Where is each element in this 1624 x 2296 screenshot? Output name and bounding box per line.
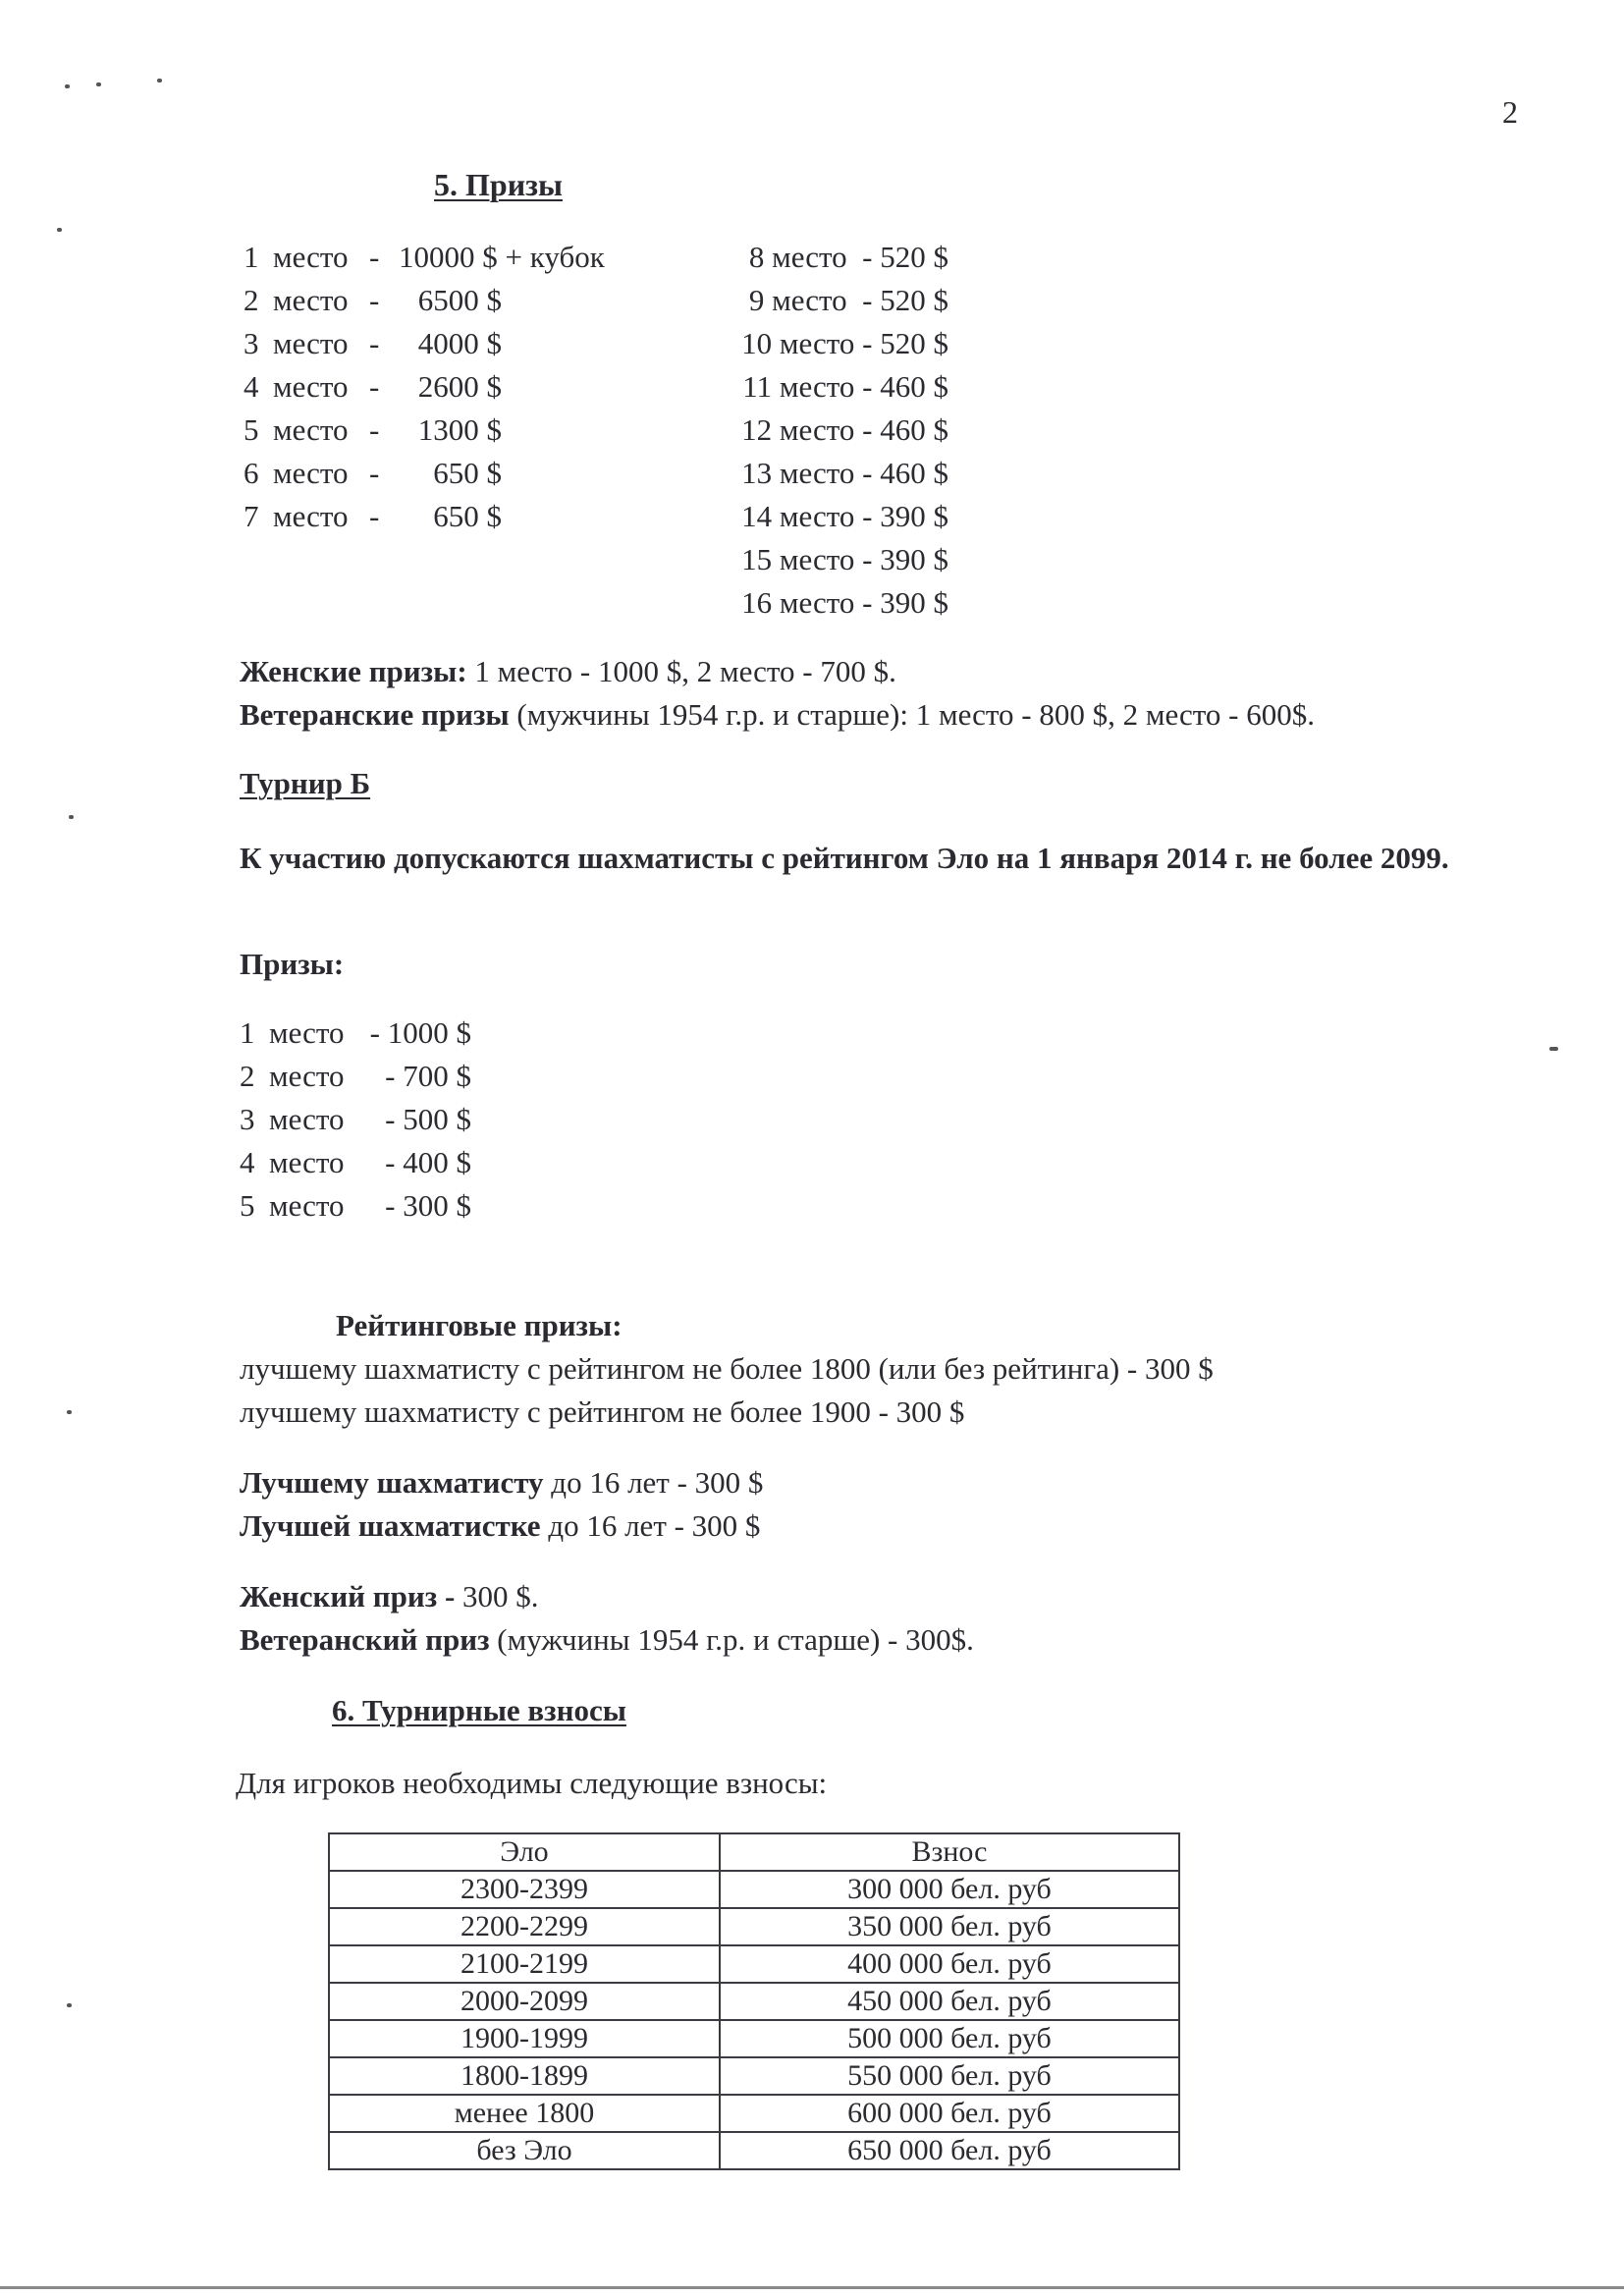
women-prize-b-label: Женский приз - bbox=[240, 1579, 455, 1613]
table-row: 2200-2299350 000 бел. руб bbox=[329, 1908, 1179, 1945]
prize-row: 5место- 300 $ bbox=[240, 1190, 471, 1221]
fee-cell: 450 000 бел. руб bbox=[720, 1983, 1179, 2020]
rating-prizes-title: Рейтинговые призы: bbox=[336, 1310, 623, 1340]
place-number: 7 bbox=[244, 501, 273, 531]
table-row: без Эло650 000 бел. руб bbox=[329, 2132, 1179, 2169]
prize-row: 7место-650 $ bbox=[244, 501, 502, 531]
table-row: 2300-2399300 000 бел. руб bbox=[329, 1871, 1179, 1908]
place-label: место bbox=[273, 458, 369, 488]
fee-cell: 500 000 бел. руб bbox=[720, 2020, 1179, 2057]
prize-amount: 10000 $ + кубок bbox=[399, 242, 605, 272]
youth-prize-boy-text: до 16 лет - 300 $ bbox=[544, 1465, 764, 1500]
scan-mark bbox=[1549, 1047, 1558, 1051]
page-bottom-edge bbox=[0, 2286, 1624, 2289]
scan-mark bbox=[69, 815, 74, 819]
prize-amount: 650 $ bbox=[399, 501, 502, 531]
prize-amount: 6500 $ bbox=[399, 285, 502, 315]
header-fee: Взнос bbox=[720, 1833, 1179, 1871]
prize-text: 14 место - 390 $ bbox=[741, 499, 948, 533]
prize-text: 16 место - 390 $ bbox=[741, 585, 948, 620]
fee-cell: 400 000 бел. руб bbox=[720, 1945, 1179, 1983]
place-number: 2 bbox=[244, 285, 273, 315]
place-label: место bbox=[269, 1017, 365, 1048]
elo-cell: 2300-2399 bbox=[329, 1871, 720, 1908]
prize-text: 13 место - 460 $ bbox=[741, 456, 948, 490]
place-number: 5 bbox=[244, 414, 273, 445]
prize-row: 1место- 1000 $ bbox=[240, 1017, 471, 1048]
women-prize-b: Женский приз - 300 $. bbox=[240, 1581, 539, 1612]
rating-prize-1900: лучшему шахматисту с рейтингом не более … bbox=[240, 1396, 964, 1427]
place-number: 1 bbox=[240, 1017, 269, 1048]
table-row: 1800-1899550 000 бел. руб bbox=[329, 2057, 1179, 2095]
place-label: место bbox=[269, 1190, 365, 1221]
prize-row: 8 место - 520 $ bbox=[749, 242, 948, 272]
youth-prize-girl-text: до 16 лет - 300 $ bbox=[541, 1508, 761, 1543]
elo-cell: 2000-2099 bbox=[329, 1983, 720, 2020]
prize-amount: - 1000 $ bbox=[365, 1017, 471, 1048]
youth-prize-boy-label: Лучшему шахматисту bbox=[240, 1465, 544, 1500]
table-row: менее 1800600 000 бел. руб bbox=[329, 2095, 1179, 2132]
prize-row: 1место-10000 $ + кубок bbox=[244, 242, 605, 272]
table-row: 2000-2099450 000 бел. руб bbox=[329, 1983, 1179, 2020]
place-number: 4 bbox=[244, 371, 273, 402]
veteran-prizes: Ветеранские призы (мужчины 1954 г.р. и с… bbox=[240, 699, 1315, 730]
tournament-b-prizes-title: Призы: bbox=[240, 949, 344, 979]
place-number: 3 bbox=[240, 1104, 269, 1134]
prize-row: 3место- 500 $ bbox=[240, 1104, 471, 1134]
scan-mark bbox=[157, 79, 162, 82]
elo-cell: менее 1800 bbox=[329, 2095, 720, 2132]
fees-table-header: Эло Взнос bbox=[329, 1833, 1179, 1871]
tournament-b-title: Турнир Б bbox=[240, 768, 370, 798]
prize-row: 14 место - 390 $ bbox=[741, 501, 948, 531]
prize-amount: 650 $ bbox=[399, 458, 502, 488]
place-label: место bbox=[273, 414, 369, 445]
prize-row: 10 место - 520 $ bbox=[741, 328, 948, 358]
prize-row: 9 место - 520 $ bbox=[749, 285, 948, 315]
prize-row: 16 место - 390 $ bbox=[741, 587, 948, 618]
prize-text: 8 место - 520 $ bbox=[749, 240, 948, 274]
women-prizes: Женские призы: 1 место - 1000 $, 2 место… bbox=[240, 656, 896, 686]
prize-text: 11 место - 460 $ bbox=[742, 369, 948, 404]
prize-text: 12 место - 460 $ bbox=[741, 412, 948, 447]
section6-title: 6. Турнирные взносы bbox=[332, 1695, 626, 1725]
prize-amount: 1300 $ bbox=[399, 414, 502, 445]
place-label: место bbox=[269, 1147, 365, 1177]
prize-row: 15 место - 390 $ bbox=[741, 544, 948, 574]
scan-mark bbox=[96, 82, 101, 86]
place-label: место bbox=[273, 242, 369, 272]
place-number: 2 bbox=[240, 1061, 269, 1091]
scan-mark bbox=[65, 84, 70, 88]
fee-cell: 600 000 бел. руб bbox=[720, 2095, 1179, 2132]
elo-cell: 2100-2199 bbox=[329, 1945, 720, 1983]
dash: - bbox=[369, 501, 399, 531]
veteran-prize-b: Ветеранский приз (мужчины 1954 г.р. и ст… bbox=[240, 1624, 974, 1655]
fees-intro: Для игроков необходимы следующие взносы: bbox=[236, 1768, 827, 1798]
prize-text: 15 место - 390 $ bbox=[741, 542, 948, 576]
prize-row: 11 место - 460 $ bbox=[742, 371, 948, 402]
elo-cell: 1800-1899 bbox=[329, 2057, 720, 2095]
prize-row: 4место-2600 $ bbox=[244, 371, 502, 402]
elo-cell: без Эло bbox=[329, 2132, 720, 2169]
prize-text: 9 место - 520 $ bbox=[749, 283, 948, 317]
veteran-prizes-text: (мужчины 1954 г.р. и старше): 1 место - … bbox=[510, 697, 1315, 732]
place-label: место bbox=[269, 1061, 365, 1091]
prize-amount: 2600 $ bbox=[399, 371, 502, 402]
fee-cell: 650 000 бел. руб bbox=[720, 2132, 1179, 2169]
prize-row: 6место-650 $ bbox=[244, 458, 502, 488]
rating-prize-1800: лучшему шахматисту с рейтингом не более … bbox=[240, 1353, 1214, 1384]
dash: - bbox=[369, 285, 399, 315]
fee-cell: 550 000 бел. руб bbox=[720, 2057, 1179, 2095]
fee-cell: 300 000 бел. руб bbox=[720, 1871, 1179, 1908]
table-row: 1900-1999500 000 бел. руб bbox=[329, 2020, 1179, 2057]
youth-prize-girl-label: Лучшей шахматистке bbox=[240, 1508, 541, 1543]
dash: - bbox=[369, 242, 399, 272]
prize-amount: - 400 $ bbox=[365, 1147, 471, 1177]
elo-cell: 1900-1999 bbox=[329, 2020, 720, 2057]
header-elo: Эло bbox=[329, 1833, 720, 1871]
prize-row: 4место- 400 $ bbox=[240, 1147, 471, 1177]
place-label: место bbox=[273, 328, 369, 358]
page-number: 2 bbox=[1502, 96, 1518, 128]
section5-title: 5. Призы bbox=[434, 169, 563, 200]
scan-mark bbox=[67, 2003, 72, 2007]
place-number: 4 bbox=[240, 1147, 269, 1177]
youth-prize-boy: Лучшему шахматисту до 16 лет - 300 $ bbox=[240, 1467, 763, 1498]
women-prizes-text: 1 место - 1000 $, 2 место - 700 $. bbox=[467, 654, 896, 688]
prize-row: 13 место - 460 $ bbox=[741, 458, 948, 488]
women-prize-b-text: 300 $. bbox=[455, 1579, 538, 1613]
prize-amount: - 700 $ bbox=[365, 1061, 471, 1091]
prize-row: 12 место - 460 $ bbox=[741, 414, 948, 445]
scan-mark bbox=[67, 1410, 72, 1414]
veteran-prize-b-label: Ветеранский приз bbox=[240, 1622, 490, 1657]
tournament-b-eligibility: К участию допускаются шахматисты с рейти… bbox=[240, 837, 1512, 880]
place-number: 5 bbox=[240, 1190, 269, 1221]
dash: - bbox=[369, 414, 399, 445]
place-number: 1 bbox=[244, 242, 273, 272]
place-label: место bbox=[273, 285, 369, 315]
prize-amount: 4000 $ bbox=[399, 328, 502, 358]
table-row: 2100-2199400 000 бел. руб bbox=[329, 1945, 1179, 1983]
prize-text: 10 место - 520 $ bbox=[741, 326, 948, 360]
women-prizes-label: Женские призы: bbox=[240, 654, 467, 688]
youth-prize-girl: Лучшей шахматистке до 16 лет - 300 $ bbox=[240, 1510, 760, 1541]
veteran-prizes-label: Ветеранские призы bbox=[240, 697, 510, 732]
place-number: 6 bbox=[244, 458, 273, 488]
veteran-prize-b-text: (мужчины 1954 г.р. и старше) - 300$. bbox=[490, 1622, 974, 1657]
prize-row: 3место-4000 $ bbox=[244, 328, 502, 358]
place-label: место bbox=[273, 371, 369, 402]
prize-row: 2место-6500 $ bbox=[244, 285, 502, 315]
dash: - bbox=[369, 328, 399, 358]
dash: - bbox=[369, 371, 399, 402]
scan-mark bbox=[57, 228, 62, 232]
place-label: место bbox=[273, 501, 369, 531]
place-label: место bbox=[269, 1104, 365, 1134]
dash: - bbox=[369, 458, 399, 488]
prize-row: 5место-1300 $ bbox=[244, 414, 502, 445]
elo-cell: 2200-2299 bbox=[329, 1908, 720, 1945]
prize-amount: - 300 $ bbox=[365, 1190, 471, 1221]
place-number: 3 bbox=[244, 328, 273, 358]
fees-table: Эло Взнос 2300-2399300 000 бел. руб2200-… bbox=[328, 1832, 1180, 2170]
prize-amount: - 500 $ bbox=[365, 1104, 471, 1134]
prize-row: 2место- 700 $ bbox=[240, 1061, 471, 1091]
fee-cell: 350 000 бел. руб bbox=[720, 1908, 1179, 1945]
